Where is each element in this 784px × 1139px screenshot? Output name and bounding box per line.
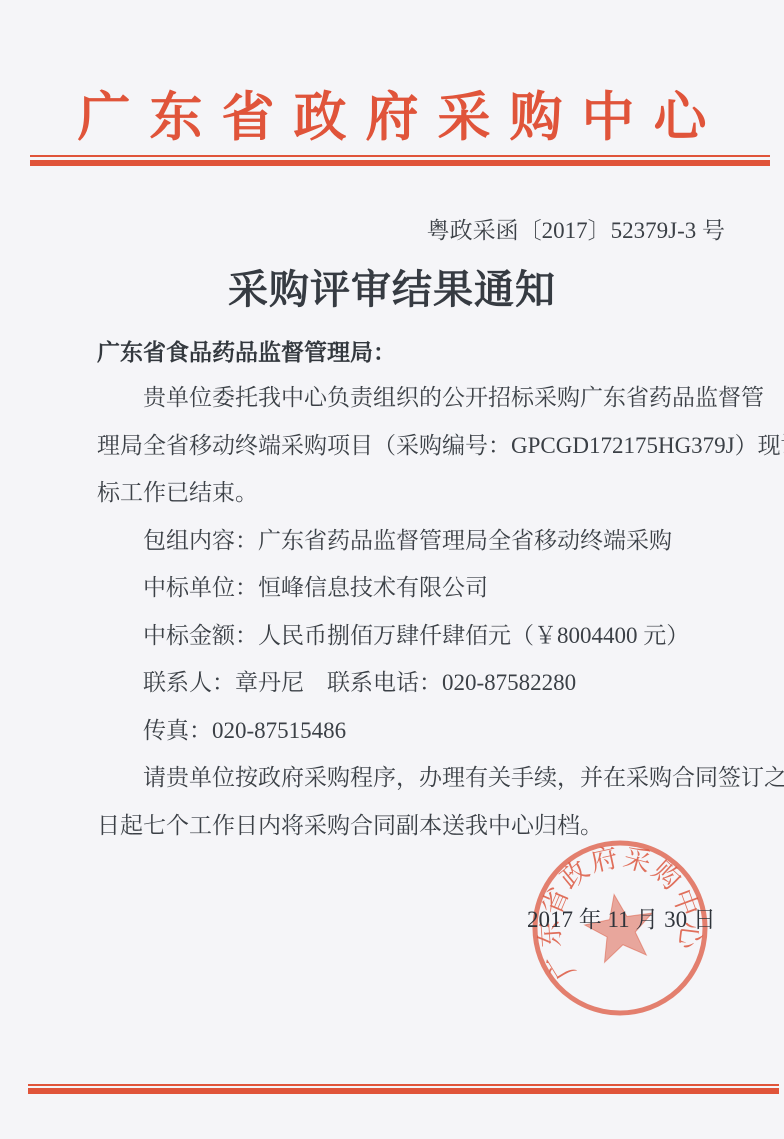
footer-rule-thick — [28, 1088, 779, 1094]
body-line-para1-2: 理局全省移动终端采购项目（采购编号：GPCGD172175HG379J）现评 — [97, 422, 697, 470]
body-line-fax: 传真：020-87515486 — [97, 707, 697, 755]
letterhead-rule-thin — [30, 155, 770, 157]
letterhead-org-name: 广东省政府采购中心 — [0, 86, 784, 150]
document-reference-number: 粤政采函〔2017〕52379J-3 号 — [427, 212, 725, 245]
document-date: 2017 年 11 月 30 日 — [527, 901, 716, 934]
body-line-package: 包组内容：广东省药品监督管理局全省移动终端采购 — [97, 517, 697, 565]
body-line-para2-1: 请贵单位按政府采购程序，办理有关手续，并在采购合同签订之 — [97, 754, 697, 802]
document-title: 采购评审结果通知 — [0, 258, 784, 315]
addressee-line: 广东省食品药品监督管理局： — [97, 334, 396, 367]
body-line-para1-1: 贵单位委托我中心负责组织的公开招标采购广东省药品监督管 — [97, 374, 697, 422]
body-line-contact: 联系人：章丹尼 联系电话：020-87582280 — [97, 659, 697, 707]
letterhead-rule-thick — [30, 160, 770, 166]
scanned-document-page: 广东省政府采购中心 粤政采函〔2017〕52379J-3 号 采购评审结果通知 … — [0, 0, 784, 1139]
body-line-para1-3: 标工作已结束。 — [97, 469, 697, 517]
footer-rule-thin — [28, 1084, 779, 1086]
document-body: 贵单位委托我中心负责组织的公开招标采购广东省药品监督管 理局全省移动终端采购项目… — [97, 374, 697, 849]
body-line-winner: 中标单位：恒峰信息技术有限公司 — [97, 564, 697, 612]
body-line-amount: 中标金额：人民币捌佰万肆仟肆佰元（￥8004400 元） — [97, 612, 697, 660]
